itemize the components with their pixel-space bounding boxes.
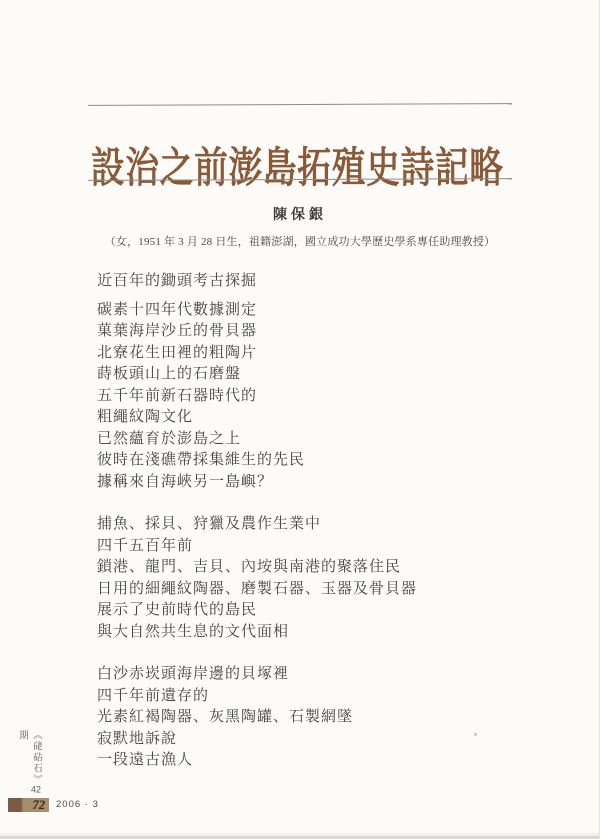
scan-dust-speck [474, 733, 477, 736]
poem-line: 展示了史前時代的島民 [97, 600, 417, 622]
issue-date: 2006 · 3 [56, 799, 99, 810]
poem-line: 四千年前遺存的 [97, 686, 417, 708]
poem-line: 四千五百年前 [97, 536, 417, 558]
poem-line: 捕魚、採貝、狩獵及農作生業中 [97, 514, 417, 536]
poem-line: 寂默地訴說 [97, 729, 417, 751]
magazine-page: 設治之前澎島拓殖史詩記略 陳保銀 （女，1951 年 3 月 28 日生，祖籍澎… [0, 0, 600, 839]
poem-line: 鎖港、龍門、吉貝、內垵與南港的聚落住民 [97, 557, 417, 579]
issue-number: 42 [31, 785, 41, 794]
page-title: 設治之前澎島拓殖史詩記略 [91, 140, 504, 198]
author-block: 陳保銀 （女，1951 年 3 月 28 日生，祖籍澎湖，國立成功大學歷史學系專… [88, 204, 512, 249]
poem-stanza: 捕魚、採貝、狩獵及農作生業中四千五百年前鎖港、龍門、吉貝、內垵與南港的聚落住民日… [97, 514, 417, 643]
author-bio-note: （女，1951 年 3 月 28 日生，祖籍澎湖，國立成功大學歷史學系專任助理教… [88, 233, 512, 249]
page-number: 72 [33, 799, 46, 812]
poem-line: 北寮花生田裡的粗陶片 [97, 343, 417, 365]
poem-line: 據稱來自海峽另一島嶼？ [97, 472, 417, 494]
poem-line: 彼時在淺礁帶採集維生的先民 [97, 450, 417, 472]
scan-edge-shadow [0, 831, 599, 839]
poem-line: 白沙赤崁頭海岸邊的貝塚裡 [97, 664, 417, 686]
poem-line: 五千年前新石器時代的 [97, 386, 417, 408]
issue-unit: 期 [17, 730, 27, 741]
poem-body: 近百年的鋤頭考古探掘碳素十四年代數據測定菓葉海岸沙丘的骨貝器北寮花生田裡的粗陶片… [97, 271, 417, 772]
poem-line: 與大自然共生息的文代面相 [97, 622, 417, 644]
poem-line: 蒔板頭山上的石磨盤 [97, 364, 417, 386]
poem-line: 光素紅褐陶器、灰黑陶罐、石製網墜 [97, 707, 417, 729]
journal-name: 《硓𥑮石》 [31, 730, 41, 785]
poem-stanza: 近百年的鋤頭考古探掘 [97, 271, 417, 293]
title-rule-top [88, 103, 512, 106]
poem-stanza: 白沙赤崁頭海岸邊的貝塚裡四千年前遺存的光素紅褐陶器、灰黑陶罐、石製網墜寂默地訴說… [97, 664, 417, 772]
page-number-box: 72 [8, 798, 49, 812]
poem-line: 近百年的鋤頭考古探掘 [97, 271, 417, 293]
poem-line: 一段遠古漁人 [97, 750, 417, 772]
poem-line: 日用的細繩紋陶器、磨製石器、玉器及骨貝器 [97, 579, 417, 601]
journal-title-vertical: 《硓𥑮石》42期 [15, 730, 43, 800]
author-name: 陳保銀 [88, 204, 512, 224]
poem-stanza: 碳素十四年代數據測定菓葉海岸沙丘的骨貝器北寮花生田裡的粗陶片蒔板頭山上的石磨盤五… [97, 300, 417, 494]
poem-line: 已然蘊育於澎島之上 [97, 429, 417, 451]
poem-line: 菓葉海岸沙丘的骨貝器 [97, 321, 417, 343]
poem-line: 碳素十四年代數據測定 [97, 300, 417, 322]
poem-line: 粗繩紋陶文化 [97, 407, 417, 429]
